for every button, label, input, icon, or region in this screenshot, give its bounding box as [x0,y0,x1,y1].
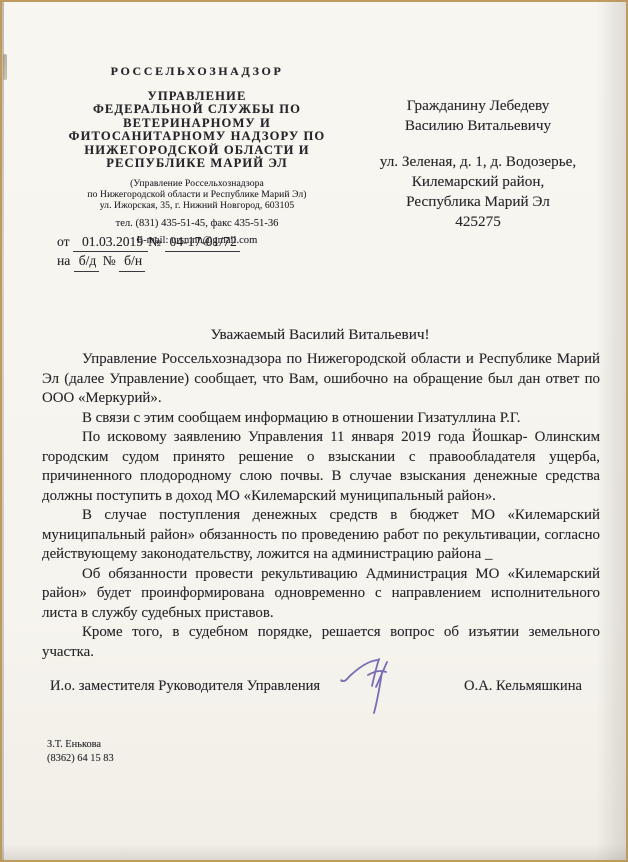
body-paragraph: Об обязанности провести рекультивацию Ад… [42,565,600,624]
recipient-address-line: Килемарский район, [354,172,602,192]
body-paragraph: Кроме того, в судебном порядке, решается… [42,623,600,662]
letterhead-phone: тел. (831) 435-51-45, факс 435-51-36 [32,218,362,229]
number-sign: № [103,253,116,268]
executor-block: З.Т. Енькова (8362) 64 15 83 [47,738,114,765]
outgoing-reference-line: от 01.03.2019№ 04-17-01/72 [57,233,240,252]
scan-speck-artifact [3,54,7,80]
outgoing-date: 01.03.2019 [73,233,148,252]
signer-name: О.А. Кельмяшкина [464,678,582,695]
department-title-line: ФЕДЕРАЛЬНОЙ СЛУЖБЫ ПО [32,103,362,116]
body-paragraph: В случае поступления денежных средств в … [42,506,600,565]
signature-row: И.о. заместителя Руководителя Управления… [50,678,582,695]
letter-body: Управление Россельхознадзора по Нижегоро… [42,350,600,662]
scanned-letter-page: РОССЕЛЬХОЗНАДЗОР УПРАВЛЕНИЕ ФЕДЕРАЛЬНОЙ … [0,0,628,862]
outgoing-label: от [57,234,70,249]
recipient-block: Гражданину Лебедеву Василию Витальевичу … [354,96,602,232]
outgoing-number: 04-17-01/72 [165,233,240,252]
recipient-address-line: 425275 [354,212,602,232]
signer-position-title: И.о. заместителя Руководителя Управления [50,678,320,695]
recipient-name-line: Гражданину Лебедеву [354,96,602,116]
department-title-line: ФИТОСАНИТАРНОМУ НАДЗОРУ ПО [32,130,362,143]
recipient-address-line: ул. Зеленая, д. 1, д. Водозерье, [354,152,602,172]
letterhead-address-line: ул. Ижорская, 35, г. Нижний Новгород, 60… [32,201,362,212]
salutation: Уважаемый Василий Витальевич! [42,326,598,344]
executor-phone: (8362) 64 15 83 [47,752,114,766]
incoming-label: на [57,253,70,268]
scan-edge-artifact [2,2,4,862]
executor-name: З.Т. Енькова [47,738,114,752]
incoming-reference-line: на б/д № б/н [57,252,240,271]
recipient-address: ул. Зеленая, д. 1, д. Водозерье, Килемар… [354,152,602,232]
handwritten-signature-icon [337,652,413,720]
department-title-line: ВЕТЕРИНАРНОМУ И [32,117,362,130]
reference-block: от 01.03.2019№ 04-17-01/72 на б/д № б/н [57,233,240,272]
recipient-address-line: Республика Марий Эл [354,192,602,212]
incoming-number: б/н [119,252,145,271]
body-paragraph: В связи с этим сообщаем информацию в отн… [42,409,600,429]
department-title: УПРАВЛЕНИЕ ФЕДЕРАЛЬНОЙ СЛУЖБЫ ПО ВЕТЕРИН… [32,90,362,170]
incoming-date: б/д [74,252,100,271]
body-paragraph: Управление Россельхознадзора по Нижегоро… [42,350,600,409]
agency-name: РОССЕЛЬХОЗНАДЗОР [32,64,362,79]
letterhead-address: (Управление Россельхознадзора по Нижегор… [32,179,362,211]
department-title-line: РЕСПУБЛИКЕ МАРИЙ ЭЛ [32,157,362,170]
number-sign: № [148,234,161,249]
body-paragraph: По исковому заявлению Управления 11 янва… [42,428,600,506]
recipient-name-line: Василию Витальевичу [354,116,602,136]
scan-edge-artifact [2,844,628,860]
letterhead: РОССЕЛЬХОЗНАДЗОР УПРАВЛЕНИЕ ФЕДЕРАЛЬНОЙ … [32,64,362,246]
